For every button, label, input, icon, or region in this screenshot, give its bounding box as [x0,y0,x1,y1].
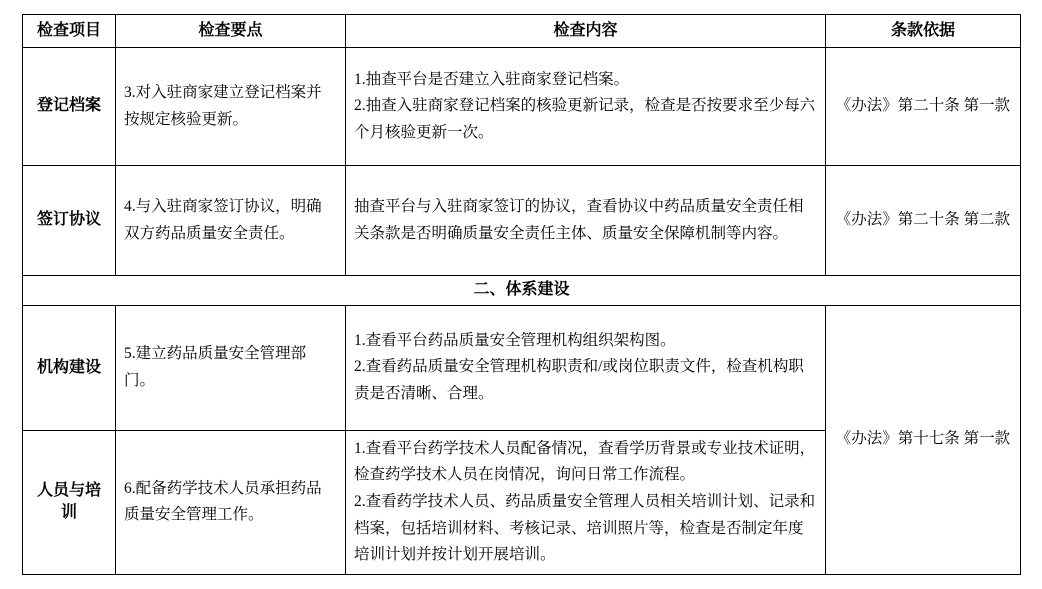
basis-cell-merged: 《办法》第十七条 第一款 [826,305,1021,574]
item-cell: 签订协议 [23,166,116,276]
points-cell: 5.建立药品质量安全管理部门。 [116,305,346,430]
content-paragraph: 1.查看平台药品质量安全管理机构组织架构图。 [354,328,817,355]
content-paragraph: 2.抽查入驻商家登记档案的核验更新记录，检查是否按要求至少每六个月核验更新一次。 [354,93,817,146]
section-title: 二、体系建设 [23,276,1021,306]
points-cell: 3.对入驻商家建立登记档案并按规定核验更新。 [116,48,346,166]
item-cell: 人员与培训 [23,430,116,574]
content-paragraph: 2.查看药品质量安全管理机构职责和/或岗位职责文件，检查机构职责是否清晰、合理。 [354,354,817,407]
header-cell-points: 检查要点 [116,15,346,48]
inspection-table: 检查项目 检查要点 检查内容 条款依据 登记档案 3.对入驻商家建立登记档案并按… [22,14,1021,575]
points-cell: 6.配备药学技术人员承担药品质量安全管理工作。 [116,430,346,574]
table-row-registration-archive: 登记档案 3.对入驻商家建立登记档案并按规定核验更新。 1.抽查平台是否建立入驻… [23,48,1021,166]
basis-cell: 《办法》第二十条 第二款 [826,166,1021,276]
basis-cell: 《办法》第二十条 第一款 [826,48,1021,166]
content-cell: 抽查平台与入驻商家签订的协议，查看协议中药品质量安全责任相关条款是否明确质量安全… [346,166,826,276]
item-cell: 机构建设 [23,305,116,430]
content-paragraph: 1.抽查平台是否建立入驻商家登记档案。 [354,67,817,94]
points-cell: 4.与入驻商家签订协议，明确双方药品质量安全责任。 [116,166,346,276]
content-cell: 1.查看平台药品质量安全管理机构组织架构图。 2.查看药品质量安全管理机构职责和… [346,305,826,430]
content-cell: 1.查看平台药学技术人员配备情况，查看学历背景或专业技术证明，检查药学技术人员在… [346,430,826,574]
table-row-signed-agreement: 签订协议 4.与入驻商家签订协议，明确双方药品质量安全责任。 抽查平台与入驻商家… [23,166,1021,276]
section-row: 二、体系建设 [23,276,1021,306]
header-cell-item: 检查项目 [23,15,116,48]
header-cell-content: 检查内容 [346,15,826,48]
document-page: 检查项目 检查要点 检查内容 条款依据 登记档案 3.对入驻商家建立登记档案并按… [0,0,1042,589]
content-paragraph: 2.查看药学技术人员、药品质量安全管理人员相关培训计划、记录和档案，包括培训材料… [354,489,817,569]
header-row: 检查项目 检查要点 检查内容 条款依据 [23,15,1021,48]
item-cell: 登记档案 [23,48,116,166]
content-paragraph: 1.查看平台药学技术人员配备情况，查看学历背景或专业技术证明，检查药学技术人员在… [354,436,817,489]
header-cell-basis: 条款依据 [826,15,1021,48]
content-cell: 1.抽查平台是否建立入驻商家登记档案。 2.抽查入驻商家登记档案的核验更新记录，… [346,48,826,166]
content-paragraph: 抽查平台与入驻商家签订的协议，查看协议中药品质量安全责任相关条款是否明确质量安全… [354,194,817,247]
table-row-organization-building: 机构建设 5.建立药品质量安全管理部门。 1.查看平台药品质量安全管理机构组织架… [23,305,1021,430]
